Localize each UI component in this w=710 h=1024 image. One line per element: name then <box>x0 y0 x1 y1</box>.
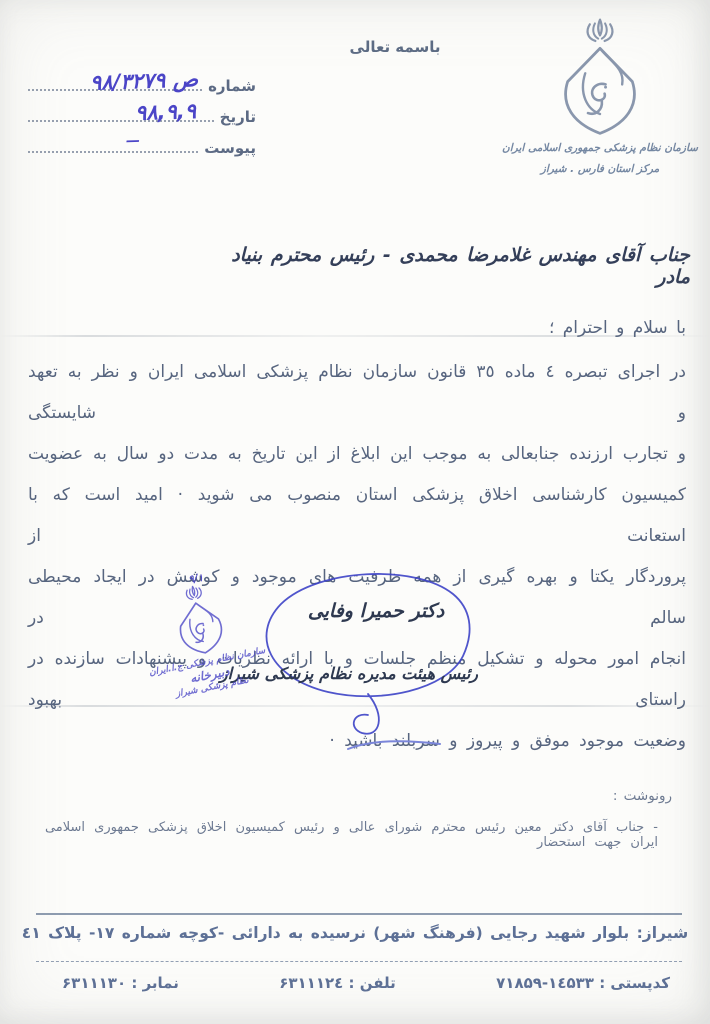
salutation-text: با سلام و احترام ؛ <box>549 318 686 338</box>
attachment-label: پیوست <box>204 139 256 157</box>
postal-code-label: کدپستی : <box>599 974 670 992</box>
body-line-1: در اجرای تبصره ٤ ماده ٣٥ قانون سازمان نظ… <box>28 352 686 434</box>
ref-number-label: شماره <box>208 77 256 95</box>
body-line-2: و تجارب ارزنده جنابعالی به موجب این ابلا… <box>28 434 686 475</box>
phone-value: ۶۳۱۱۱۲٤ <box>279 974 343 992</box>
footer-rule-bottom <box>36 961 682 962</box>
footer-rule-top <box>36 913 682 915</box>
date-value: ۹۸,۹,۹ <box>134 99 196 125</box>
scanned-letter-page: باسمه تعالی شماره ص ۹۸/۳۲۷۹ تاریخ ۹۸,۹,۹… <box>0 0 710 1024</box>
letter-meta-block: شماره ص ۹۸/۳۲۷۹ تاریخ ۹۸,۹,۹ پیوست — <box>18 64 256 157</box>
fax: نمابر : ۶۳۱۱۱۳۰ <box>62 974 179 992</box>
org-name-line1: سازمان نظام پزشکی جمهوری اسلامی ایران <box>502 138 698 159</box>
postal-code-value: ۷۱۸۵۹-۱٤۵۳۳ <box>496 974 594 992</box>
attachment-dotted-line: — <box>28 127 198 153</box>
footer-address: شیراز: بلوار شهید رجایی (فرهنگ شهر) نرسی… <box>0 924 710 942</box>
fax-label: نمابر : <box>131 974 179 992</box>
attachment-dash: — <box>126 133 141 149</box>
signatory-name: دکتر حمیرا وفایی <box>286 600 466 622</box>
medical-council-emblem-icon <box>544 16 656 138</box>
stamp-emblem-icon <box>160 577 239 662</box>
body-line-4: پروردگار یکتا و بهره گیری از همه ظرفیت ه… <box>28 557 686 639</box>
bismillah-text: باسمه تعالی <box>300 38 490 56</box>
date-label: تاریخ <box>220 108 256 126</box>
footer-contacts: کدپستی : ۷۱۸۵۹-۱٤۵۳۳ تلفن : ۶۳۱۱۱۲٤ نماب… <box>36 974 682 992</box>
signature-flourish-icon <box>345 735 443 753</box>
phone: تلفن : ۶۳۱۱۱۲٤ <box>279 974 396 992</box>
postal-code: کدپستی : ۷۱۸۵۹-۱٤۵۳۳ <box>496 974 670 992</box>
letterhead: سازمان نظام پزشکی جمهوری اسلامی ایران مر… <box>502 16 698 180</box>
cc-label: رونوشت : <box>613 788 672 804</box>
ref-number-dotted-line: ص ۹۸/۳۲۷۹ <box>28 65 202 91</box>
ref-number-row: شماره ص ۹۸/۳۲۷۹ <box>18 64 256 95</box>
date-row: تاریخ ۹۸,۹,۹ <box>18 95 256 126</box>
cc-item: - جناب آقای دکتر معین رئیس محترم شورای ع… <box>30 820 658 850</box>
date-dotted-line: ۹۸,۹,۹ <box>28 96 214 122</box>
attachment-row: پیوست — <box>18 126 256 157</box>
ref-number-value: ص ۹۸/۳۲۷۹ <box>90 67 199 95</box>
body-line-3: کمیسیون کارشناسی اخلاق پزشکی استان منصوب… <box>28 475 686 557</box>
addressee-line: جناب آقای مهندس غلامرضا محمدی - رئیس محت… <box>230 244 690 288</box>
phone-label: تلفن : <box>349 974 396 992</box>
org-name-line2: مرکز استان فارس . شیراز <box>502 159 698 180</box>
body-paragraph: در اجرای تبصره ٤ ماده ٣٥ قانون سازمان نظ… <box>28 352 686 762</box>
fax-value: ۶۳۱۱۱۳۰ <box>62 974 126 992</box>
